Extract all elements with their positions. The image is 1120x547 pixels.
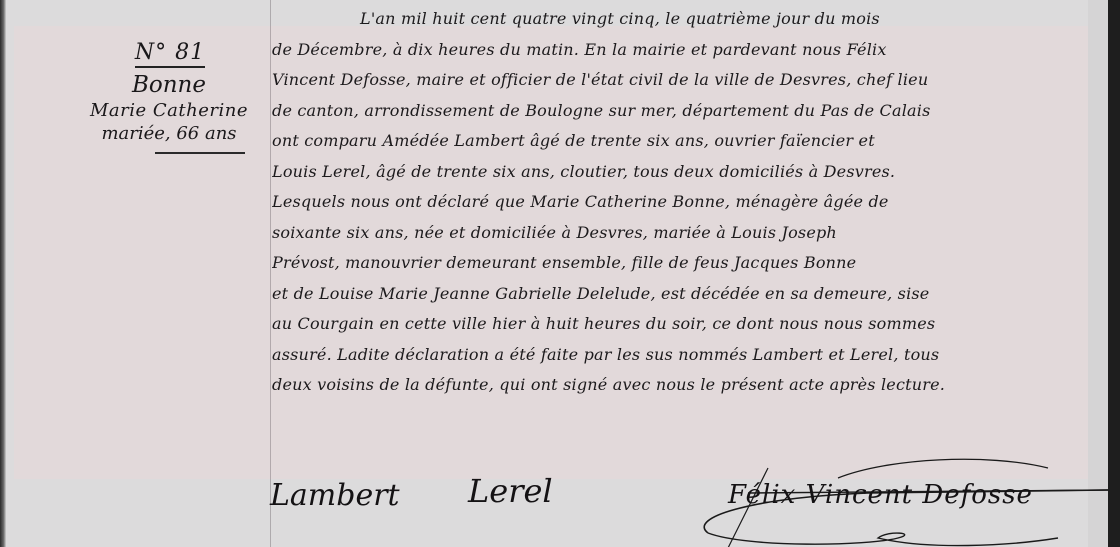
record-body: L'an mil huit cent quatre vingt cinq, le… bbox=[272, 0, 1092, 401]
margin-underline bbox=[155, 152, 245, 154]
body-line: Louis Lerel, âgé de trente six ans, clou… bbox=[272, 157, 1092, 188]
body-line: ont comparu Amédée Lambert âgé de trente… bbox=[272, 126, 1092, 157]
margin-annotation: N° 81 Bonne Marie Catherine mariée, 66 a… bbox=[60, 40, 260, 154]
scan-right-edge bbox=[1108, 0, 1120, 547]
deceased-status: mariée, 66 ans bbox=[101, 123, 236, 144]
body-line: soixante six ans, née et domiciliée à De… bbox=[272, 218, 1092, 249]
body-line: L'an mil huit cent quatre vingt cinq, le… bbox=[272, 0, 1092, 35]
entry-number: N° 81 bbox=[135, 40, 205, 68]
body-line: Vincent Defosse, maire et officier de l'… bbox=[272, 65, 1092, 96]
signature-block: Lambert Lerel Félix Vincent Defosse bbox=[268, 468, 1098, 538]
body-line: au Courgain en cette ville hier à huit h… bbox=[272, 309, 1092, 340]
body-line: de canton, arrondissement de Boulogne su… bbox=[272, 96, 1092, 127]
margin-rule bbox=[270, 0, 271, 547]
signature-mayor: Félix Vincent Defosse bbox=[728, 480, 1033, 510]
body-line: et de Louise Marie Jeanne Gabrielle Dele… bbox=[272, 279, 1092, 310]
signature-witness-1: Lambert bbox=[270, 478, 400, 513]
body-line: deux voisins de la défunte, qui ont sign… bbox=[272, 370, 1092, 401]
deceased-surname: Bonne bbox=[78, 72, 260, 98]
document-page: N° 81 Bonne Marie Catherine mariée, 66 a… bbox=[0, 0, 1120, 547]
signature-witness-2: Lerel bbox=[468, 472, 553, 510]
body-line: assuré. Ladite déclaration a été faite p… bbox=[272, 340, 1092, 371]
body-line: Lesquels nous ont déclaré que Marie Cath… bbox=[272, 187, 1092, 218]
scan-left-edge bbox=[0, 0, 6, 547]
body-line: Prévost, manouvrier demeurant ensemble, … bbox=[272, 248, 1092, 279]
deceased-given-names: Marie Catherine bbox=[78, 100, 260, 121]
body-line: de Décembre, à dix heures du matin. En l… bbox=[272, 35, 1092, 66]
